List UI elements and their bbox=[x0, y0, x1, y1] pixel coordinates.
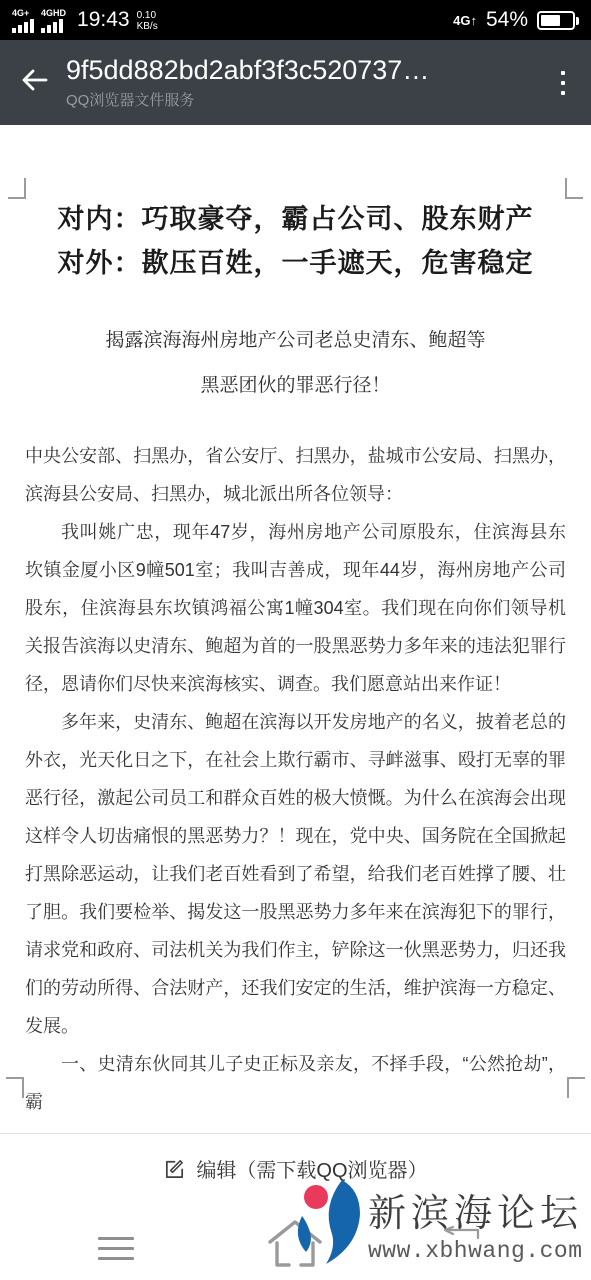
document-body: 中央公安部、扫黑办，省公安厅、扫黑办，盐城市公安局、扫黑办，滨海县公安局、扫黑办… bbox=[25, 437, 566, 1121]
document-content: 对内：巧取豪夺，霸占公司、股东财产 对外：歁压百姓，一手遮天，危害稳定 揭露滨海… bbox=[0, 125, 591, 1121]
paragraph: 中央公安部、扫黑办，省公安厅、扫黑办，盐城市公安局、扫黑办，滨海县公安局、扫黑办… bbox=[25, 437, 566, 513]
back-button[interactable] bbox=[16, 62, 52, 103]
subtitle-line-1: 揭露滨海海州房地产公司老总史清东、鲍超等 bbox=[25, 318, 566, 363]
hamburger-line bbox=[98, 1257, 134, 1260]
nav-home-button[interactable] bbox=[266, 1217, 324, 1274]
page-corner-mark-bottom-left bbox=[6, 1077, 24, 1098]
status-bar: 4G+ 4GHD 19:43 0.10 KB/s 4G↑ 54% bbox=[0, 0, 591, 40]
file-title: 9f5dd882bd2abf3f3c520737… bbox=[66, 55, 551, 86]
bottom-bar: 编辑（需下载QQ浏览器） bbox=[0, 1133, 591, 1280]
signal-bars-icon bbox=[12, 19, 34, 33]
document-heading: 对内：巧取豪夺，霸占公司、股东财产 对外：歁压百姓，一手遮天，危害稳定 bbox=[25, 197, 566, 285]
network-type-label-sim1: 4G+ bbox=[12, 9, 29, 18]
network-speed: 0.10 KB/s bbox=[137, 10, 158, 32]
battery-percent-label: 54% bbox=[486, 8, 528, 32]
nav-back-button[interactable] bbox=[438, 1226, 480, 1245]
signal-bars-icon bbox=[41, 19, 63, 33]
hamburger-line bbox=[98, 1237, 134, 1240]
signal-strength-icon-sim2: 4GHD bbox=[41, 9, 66, 33]
phone-screen: 4G+ 4GHD 19:43 0.10 KB/s 4G↑ 54% 9f5dd88… bbox=[0, 0, 591, 1280]
page-corner-mark-top-right bbox=[565, 178, 583, 199]
kebab-dot bbox=[561, 71, 565, 75]
arrow-left-icon bbox=[20, 68, 48, 92]
edit-button-label: 编辑（需下载QQ浏览器） bbox=[196, 1154, 427, 1183]
kebab-dot bbox=[561, 91, 565, 95]
paragraph: 一、史清东伙同其儿子史正标及亲友，不择手段，“公然抢劫”，霸 bbox=[25, 1045, 566, 1121]
subtitle-line-2: 黑恶团伙的罪恶行径！ bbox=[25, 363, 566, 408]
network-type-label-sim2: 4GHD bbox=[41, 9, 66, 18]
home-house-icon bbox=[266, 1217, 324, 1269]
heading-line-1: 对内：巧取豪夺，霸占公司、股东财产 bbox=[25, 197, 566, 241]
file-service-subtitle: QQ浏览器文件服务 bbox=[66, 89, 551, 110]
document-subtitle: 揭露滨海海州房地产公司老总史清东、鲍超等 黑恶团伙的罪恶行径！ bbox=[25, 318, 566, 408]
document-viewer[interactable]: 对内：巧取豪夺，霸占公司、股东财产 对外：歁压百姓，一手遮天，危害稳定 揭露滨海… bbox=[0, 125, 591, 1133]
paragraph: 多年来，史清东、鲍超在滨海以开发房地产的名义，披着老总的外衣，光天化日之下，在社… bbox=[25, 703, 566, 1045]
signal-strength-icon-sim1: 4G+ bbox=[12, 9, 34, 33]
hamburger-line bbox=[98, 1247, 134, 1250]
return-arrow-icon bbox=[438, 1226, 480, 1240]
edit-pencil-icon bbox=[163, 1157, 186, 1180]
page-corner-mark-bottom-right bbox=[567, 1077, 585, 1098]
page-corner-mark-top-left bbox=[8, 178, 26, 199]
more-options-button[interactable] bbox=[551, 63, 575, 103]
network-speed-unit: KB/s bbox=[137, 21, 158, 32]
header-text: 9f5dd882bd2abf3f3c520737… QQ浏览器文件服务 bbox=[66, 55, 551, 110]
network-speed-value: 0.10 bbox=[137, 10, 158, 21]
edit-button[interactable]: 编辑（需下载QQ浏览器） bbox=[0, 1147, 591, 1189]
paragraph: 我叫姚广忠，现年47岁，海州房地产公司原股东，住滨海县东坎镇金厦小区9幢501室… bbox=[25, 513, 566, 703]
app-header: 9f5dd882bd2abf3f3c520737… QQ浏览器文件服务 bbox=[0, 40, 591, 125]
network-upload-indicator: 4G↑ bbox=[453, 13, 477, 28]
heading-line-2: 对外：歁压百姓，一手遮天，危害稳定 bbox=[25, 241, 566, 285]
status-bar-right: 4G↑ 54% bbox=[453, 8, 579, 32]
battery-icon bbox=[537, 11, 575, 30]
kebab-dot bbox=[561, 81, 565, 85]
nav-menu-button[interactable] bbox=[98, 1237, 134, 1267]
status-time: 19:43 bbox=[77, 8, 130, 32]
